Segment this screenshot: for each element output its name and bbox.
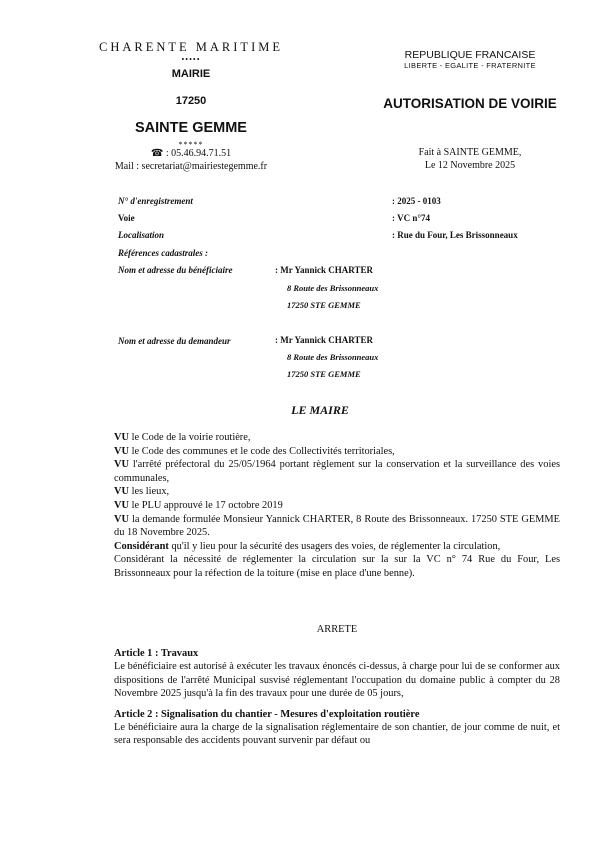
registration-label: N° d'enregistrement xyxy=(118,196,193,206)
consideration-lead: VU xyxy=(114,500,129,511)
consideration-text: le Code de la voirie routière, xyxy=(129,432,250,443)
decree-heading: ARRETE xyxy=(114,624,560,635)
place-line: Fait à SAINTE GEMME, xyxy=(360,147,580,158)
consideration-item: VU le Code des communes et le code des C… xyxy=(114,445,560,459)
consideration-item: VU le PLU approuvé le 17 octobre 2019 xyxy=(114,499,560,513)
article-text: Le bénéficiaire est autorisé à exécuter … xyxy=(114,660,560,700)
republic-label: REPUBLIQUE FRANCAISE xyxy=(360,49,580,61)
location-label: Localisation xyxy=(118,230,164,240)
consideration-text: Considérant la nécessité de réglementer … xyxy=(114,554,560,579)
road-value: : VC n°74 xyxy=(392,213,430,223)
consideration-item: Considérant qu'il y lieu pour la sécurit… xyxy=(114,540,560,554)
phone-number: : 05.46.94.71.51 xyxy=(163,148,231,159)
cadastral-label: Références cadastrales : xyxy=(118,248,208,258)
consideration-text: qu'il y lieu pour la sécurité des usager… xyxy=(169,541,500,552)
document-date: Le 12 Novembre 2025 xyxy=(360,160,580,171)
location-value: : Rue du Four, Les Brissonneaux xyxy=(392,230,518,240)
applicant-name: : Mr Yannick CHARTER xyxy=(275,335,373,345)
document-title: AUTORISATION DE VOIRIE xyxy=(360,96,580,111)
applicant-city: 17250 STE GEMME xyxy=(287,369,361,379)
phone-line: ☎ : 05.46.94.71.51 xyxy=(60,148,322,159)
separator: ••••• xyxy=(60,56,322,64)
mairie-label: MAIRIE xyxy=(60,68,322,80)
articles: Article 1 : TravauxLe bénéficiaire est a… xyxy=(114,647,560,748)
consideration-item: VU le Code de la voirie routière, xyxy=(114,431,560,445)
article-title: Article 2 : Signalisation du chantier - … xyxy=(114,708,560,721)
consideration-lead: VU xyxy=(114,514,129,525)
postal-code: 17250 xyxy=(60,95,322,107)
consideration-lead: VU xyxy=(114,459,129,470)
consideration-item: VU la demande formulée Monsieur Yannick … xyxy=(114,513,560,540)
telephone-icon: ☎ xyxy=(151,148,163,159)
town-name: SAINTE GEMME xyxy=(60,120,322,136)
consideration-lead: Considérant xyxy=(114,541,169,552)
beneficiary-label: Nom et adresse du bénéficiaire xyxy=(118,265,232,275)
article-text: Le bénéficiaire aura la charge de la sig… xyxy=(114,721,560,748)
registration-value: : 2025 - 0103 xyxy=(392,196,441,206)
consideration-lead: VU xyxy=(114,486,129,497)
beneficiary-street: 8 Route des Brissonneaux xyxy=(287,283,378,293)
article-title: Article 1 : Travaux xyxy=(114,647,560,660)
beneficiary-city: 17250 STE GEMME xyxy=(287,300,361,310)
email-address: Mail : secretariat@mairiestegemme.fr xyxy=(60,161,322,172)
department-name: CHARENTE MARITIME xyxy=(60,40,322,55)
consideration-lead: VU xyxy=(114,432,129,443)
consideration-item: VU l'arrêté préfectoral du 25/05/1964 po… xyxy=(114,458,560,485)
applicant-street: 8 Route des Brissonneaux xyxy=(287,352,378,362)
beneficiary-name: : Mr Yannick CHARTER xyxy=(275,265,373,275)
consideration-text: le PLU approuvé le 17 octobre 2019 xyxy=(129,500,283,511)
consideration-lead: VU xyxy=(114,446,129,457)
consideration-item: Considérant la nécessité de réglementer … xyxy=(114,553,560,580)
consideration-text: l'arrêté préfectoral du 25/05/1964 porta… xyxy=(114,459,560,484)
consideration-text: les lieux, xyxy=(129,486,169,497)
consideration-item: VU les lieux, xyxy=(114,485,560,499)
consideration-text: la demande formulée Monsieur Yannick CHA… xyxy=(114,514,560,539)
mayor-heading: LE MAIRE xyxy=(260,403,380,418)
consideration-text: le Code des communes et le code des Coll… xyxy=(129,446,395,457)
applicant-label: Nom et adresse du demandeur xyxy=(118,336,231,346)
national-motto: LIBERTE - EGALITE - FRATERNITE xyxy=(360,61,580,70)
spacer xyxy=(114,701,560,708)
road-label: Voie xyxy=(118,213,135,223)
considerations: VU le Code de la voirie routière,VU le C… xyxy=(114,431,560,581)
